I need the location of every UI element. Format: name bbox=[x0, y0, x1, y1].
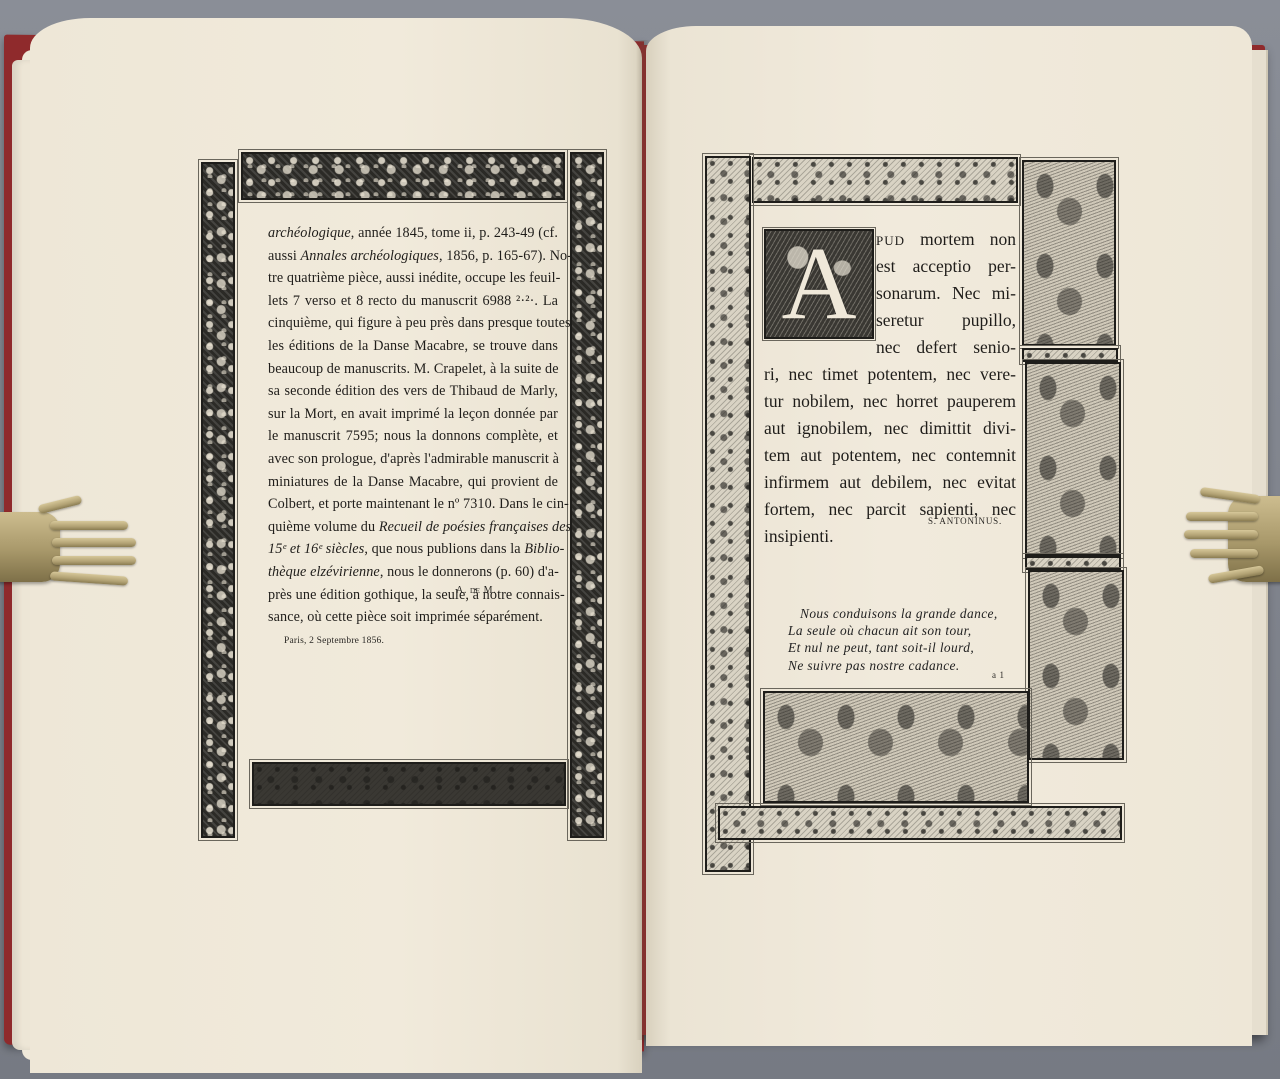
panel-divider-1 bbox=[1022, 348, 1118, 362]
verse-block: Nous conduisons la grande dance, La seul… bbox=[788, 605, 998, 674]
quote-attribution: S. ANTONINUS. bbox=[928, 516, 1002, 526]
death-and-king-panel bbox=[1028, 570, 1124, 760]
text-line: ri, nec timet potentem, nec vere- bbox=[764, 361, 1016, 388]
text-line: le manuscrit 7595; nous la donnons compl… bbox=[268, 425, 558, 448]
author-signature: A. de M. bbox=[456, 585, 496, 596]
text-line: avec son prologue, d'après l'admirable m… bbox=[268, 448, 558, 471]
text-line: archéologique, année 1845, tome ii, p. 2… bbox=[268, 222, 558, 245]
verse-line: La seule où chacun ait son tour, bbox=[788, 622, 998, 639]
text-line: aussi Annales archéologiques, 1856, p. 1… bbox=[268, 245, 558, 268]
text-line: tur nobilem, nec horret pauperem bbox=[764, 388, 1016, 415]
hell-mouth-panel bbox=[763, 691, 1029, 803]
left-border-right bbox=[570, 152, 604, 838]
signature-mark: a 1 bbox=[992, 670, 1005, 680]
verse-line: Et nul ne peut, tant soit-il lourd, bbox=[788, 639, 998, 656]
text-line: sa seconde édition des vers de Thibaud d… bbox=[268, 380, 558, 403]
death-and-pope-panel bbox=[1022, 160, 1116, 346]
panel-divider-2 bbox=[1025, 556, 1121, 570]
text-line: sonarum. Nec mi- bbox=[876, 280, 1016, 307]
left-border-bottom bbox=[252, 762, 566, 806]
right-border-left-piper bbox=[705, 156, 751, 872]
text-line: infirmem aut debilem, nec evitat bbox=[764, 469, 1016, 496]
left-border-left bbox=[201, 162, 235, 838]
text-line: PUD mortem non bbox=[876, 226, 1016, 253]
text-line: beaucoup de manuscrits. M. Crapelet, à l… bbox=[268, 358, 558, 381]
death-and-emperor-panel bbox=[1025, 362, 1121, 556]
text-line: 15ᵉ et 16ᵉ siècles, que nous publions da… bbox=[268, 538, 558, 561]
text-line: quième volume du Recueil de poésies fran… bbox=[268, 516, 558, 539]
text-line: miniatures de la Danse Macabre, qui prov… bbox=[268, 471, 558, 494]
text-line: sur la Mort, en avait imprimé la leçon d… bbox=[268, 403, 558, 426]
text-line: près une édition gothique, la seule, à n… bbox=[268, 584, 558, 607]
text-line: insipienti. bbox=[764, 523, 1016, 550]
text-line: est acceptio per- bbox=[876, 253, 1016, 280]
verse-line: Nous conduisons la grande dance, bbox=[800, 605, 998, 622]
dateline: Paris, 2 Septembre 1856. bbox=[284, 636, 384, 646]
text-line: sance, où cette pièce soit imprimée sépa… bbox=[268, 606, 558, 629]
text-line: thèque elzévirienne, nous le donnerons (… bbox=[268, 561, 558, 584]
text-line: tem aut potentem, nec contemnit bbox=[764, 442, 1016, 469]
left-page-body: archéologique, année 1845, tome ii, p. 2… bbox=[268, 222, 558, 629]
left-border-top bbox=[241, 152, 565, 200]
text-line: nec defert senio- bbox=[876, 334, 1016, 361]
text-line: aut ignobilem, nec dimittit divi- bbox=[764, 415, 1016, 442]
text-line: cinquième, qui figure à peu près dans pr… bbox=[268, 312, 558, 335]
text-line: tre quatrième pièce, aussi inédite, occu… bbox=[268, 267, 558, 290]
right-border-top-bird bbox=[752, 157, 1018, 203]
text-line: les éditions de la Danse Macabre, se tro… bbox=[268, 335, 558, 358]
text-line: Colbert, et porte maintenant le nº 7310.… bbox=[268, 493, 558, 516]
grotesque-masks-base bbox=[718, 806, 1122, 840]
right-page-body: PUD mortem nonest acceptio per-sonarum. … bbox=[764, 226, 1016, 550]
text-line: lets 7 verso et 8 recto du manuscrit 698… bbox=[268, 290, 558, 313]
verse-line: Ne suivre pas nostre cadance. bbox=[788, 657, 998, 674]
text-line: seretur pupillo, bbox=[876, 307, 1016, 334]
